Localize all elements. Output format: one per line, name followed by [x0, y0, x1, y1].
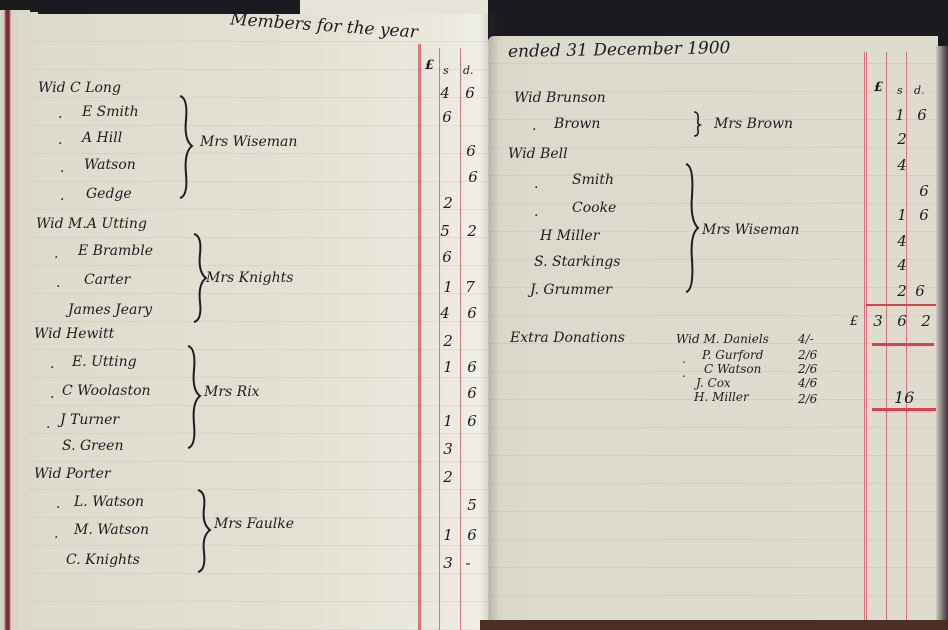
member-entry: Wid Bell [508, 146, 568, 162]
member-entry: Watson [84, 157, 136, 173]
amount-pence: 7 [462, 278, 478, 296]
brace-icon [176, 94, 194, 200]
collector-name: Mrs Knights [206, 270, 293, 286]
pence-header: d. [914, 84, 925, 97]
amount-shillings: 1 [440, 278, 456, 296]
extra-donation-amount: 2/6 [798, 348, 817, 362]
ditto-mark: . [58, 106, 62, 122]
ditto-mark: . [58, 132, 62, 148]
amount-shillings: 2 [894, 282, 910, 300]
amount-shillings: 1 [440, 526, 456, 544]
ditto-mark: . [50, 356, 54, 372]
amount-pence: 6 [464, 526, 480, 544]
amount-shillings: 1 [892, 106, 908, 124]
amount-pence: 6 [912, 282, 928, 300]
extra-donations-label: Extra Donations [510, 330, 625, 346]
member-entry: E Smith [82, 104, 139, 120]
ledger-title-right: ended 31 December 1900 [508, 38, 731, 62]
amount-shillings: 4 [894, 232, 910, 250]
underlying-page-top [300, 0, 488, 14]
amount-pence: 6 [464, 412, 480, 430]
amount-shillings: 4 [437, 84, 453, 102]
amount-pence: 6 [914, 106, 930, 124]
ditto-mark: . [56, 275, 60, 291]
surface [480, 620, 948, 630]
red-column-rule [864, 52, 865, 630]
amount-pence: - [460, 554, 476, 572]
collector-name: Mrs Faulke [214, 516, 294, 532]
member-entry: L. Watson [74, 494, 144, 510]
ditto-mark: . [534, 204, 538, 220]
ditto-mark: . [56, 496, 60, 512]
extra-donation-amount: 2/6 [798, 392, 817, 406]
page-edge [936, 46, 948, 630]
member-entry: Carter [84, 272, 130, 288]
member-entry: Wid Porter [34, 466, 111, 482]
member-entry: E. Utting [72, 354, 137, 370]
member-entry: Wid Hewitt [34, 326, 114, 342]
extra-donation-entry: Wid M. Daniels [676, 332, 769, 346]
amount-shillings: 5 [437, 222, 453, 240]
brace-icon [194, 488, 212, 574]
brace-icon [184, 344, 202, 450]
amount-shillings: 1 [440, 358, 456, 376]
extra-donation-entry: P. Gurford [702, 348, 763, 362]
member-entry: Gedge [86, 186, 132, 202]
pounds-header: £ [874, 80, 883, 95]
extra-total-rule [872, 408, 936, 411]
ditto-mark: . [60, 160, 64, 176]
total-pounds: 3 [870, 312, 886, 330]
extra-donation-entry: C Watson [704, 362, 761, 376]
amount-shillings: 4 [437, 304, 453, 322]
brace-icon [692, 110, 702, 138]
ditto-mark: . [54, 246, 58, 262]
amount-pence: 5 [464, 496, 480, 514]
total-pound-sign: £ [846, 314, 862, 329]
ditto-mark: . [50, 386, 54, 402]
member-entry: H Miller [540, 228, 599, 244]
member-entry: Brown [554, 116, 600, 132]
total-pence: 2 [918, 312, 934, 330]
extra-donations-total: 16 [894, 388, 914, 407]
member-entry: C Woolaston [62, 383, 151, 399]
amount-shillings: 3 [440, 440, 456, 458]
amount-shillings: 3 [440, 554, 456, 572]
amount-pence: 6 [464, 304, 480, 322]
member-entry: J. Grummer [530, 282, 612, 298]
amount-shillings: 6 [439, 108, 455, 126]
collector-name: Mrs Wiseman [200, 134, 297, 150]
shillings-header: s [897, 84, 903, 97]
amount-shillings: 2 [440, 332, 456, 350]
amount-pence: 6 [464, 358, 480, 376]
member-entry: A Hill [82, 130, 122, 146]
pounds-header: £ [425, 58, 434, 73]
member-entry: Wid C Long [38, 80, 121, 96]
pence-header: d. [463, 64, 474, 77]
ditto-mark: . [60, 188, 64, 204]
member-entry: J Turner [60, 412, 119, 428]
collector-name: Mrs Brown [714, 116, 793, 132]
ditto-mark: . [54, 526, 58, 542]
extra-donation-entry: H. Miller [694, 390, 749, 404]
amount-shillings: 2 [440, 194, 456, 212]
ditto-mark: . [46, 416, 50, 432]
extra-donation-amount: 2/6 [798, 362, 817, 376]
ditto-mark: . [532, 118, 536, 134]
total-shillings: 6 [894, 312, 910, 330]
amount-shillings: 1 [440, 412, 456, 430]
ditto-mark: . [534, 176, 538, 192]
amount-pence: 2 [464, 222, 480, 240]
red-column-rule [886, 52, 887, 630]
red-column-rule [866, 52, 867, 630]
member-entry: S. Green [62, 438, 123, 454]
amount-pence: 6 [916, 182, 932, 200]
amount-shillings: 4 [894, 256, 910, 274]
amount-pence: 6 [462, 84, 478, 102]
member-entry: Smith [572, 172, 614, 188]
amount-pence: 6 [465, 168, 481, 186]
ditto-mark: . [682, 366, 686, 380]
member-entry: E Bramble [78, 243, 153, 259]
gutter-shadow [480, 14, 500, 630]
member-entry: Wid Brunson [514, 90, 606, 106]
ditto-mark: . [682, 352, 686, 366]
amount-shillings: 4 [894, 156, 910, 174]
amount-shillings: 2 [894, 130, 910, 148]
red-column-rule [460, 48, 461, 630]
amount-pence: 6 [464, 384, 480, 402]
red-column-rule [420, 44, 421, 630]
amount-shillings: 2 [440, 468, 456, 486]
amount-pence: 6 [916, 206, 932, 224]
member-entry: S. Starkings [534, 254, 620, 270]
member-entry: James Jeary [68, 302, 152, 318]
collector-name: Mrs Rix [204, 384, 260, 400]
brace-icon [682, 162, 700, 294]
collector-name: Mrs Wiseman [702, 222, 799, 238]
extra-donation-amount: 4/6 [798, 376, 817, 390]
total-rule [866, 304, 936, 306]
extra-donation-entry: J. Cox [696, 376, 731, 390]
extra-donation-amount: 4/- [798, 332, 814, 346]
amount-shillings: 1 [894, 206, 910, 224]
amount-pence: 6 [463, 142, 479, 160]
member-entry: Cooke [572, 200, 616, 216]
shillings-header: s [443, 64, 449, 77]
member-entry: Wid M.A Utting [36, 216, 147, 232]
amount-shillings: 6 [439, 248, 455, 266]
member-entry: M. Watson [74, 522, 149, 538]
total-double-rule [872, 343, 934, 346]
member-entry: C. Knights [66, 552, 140, 568]
